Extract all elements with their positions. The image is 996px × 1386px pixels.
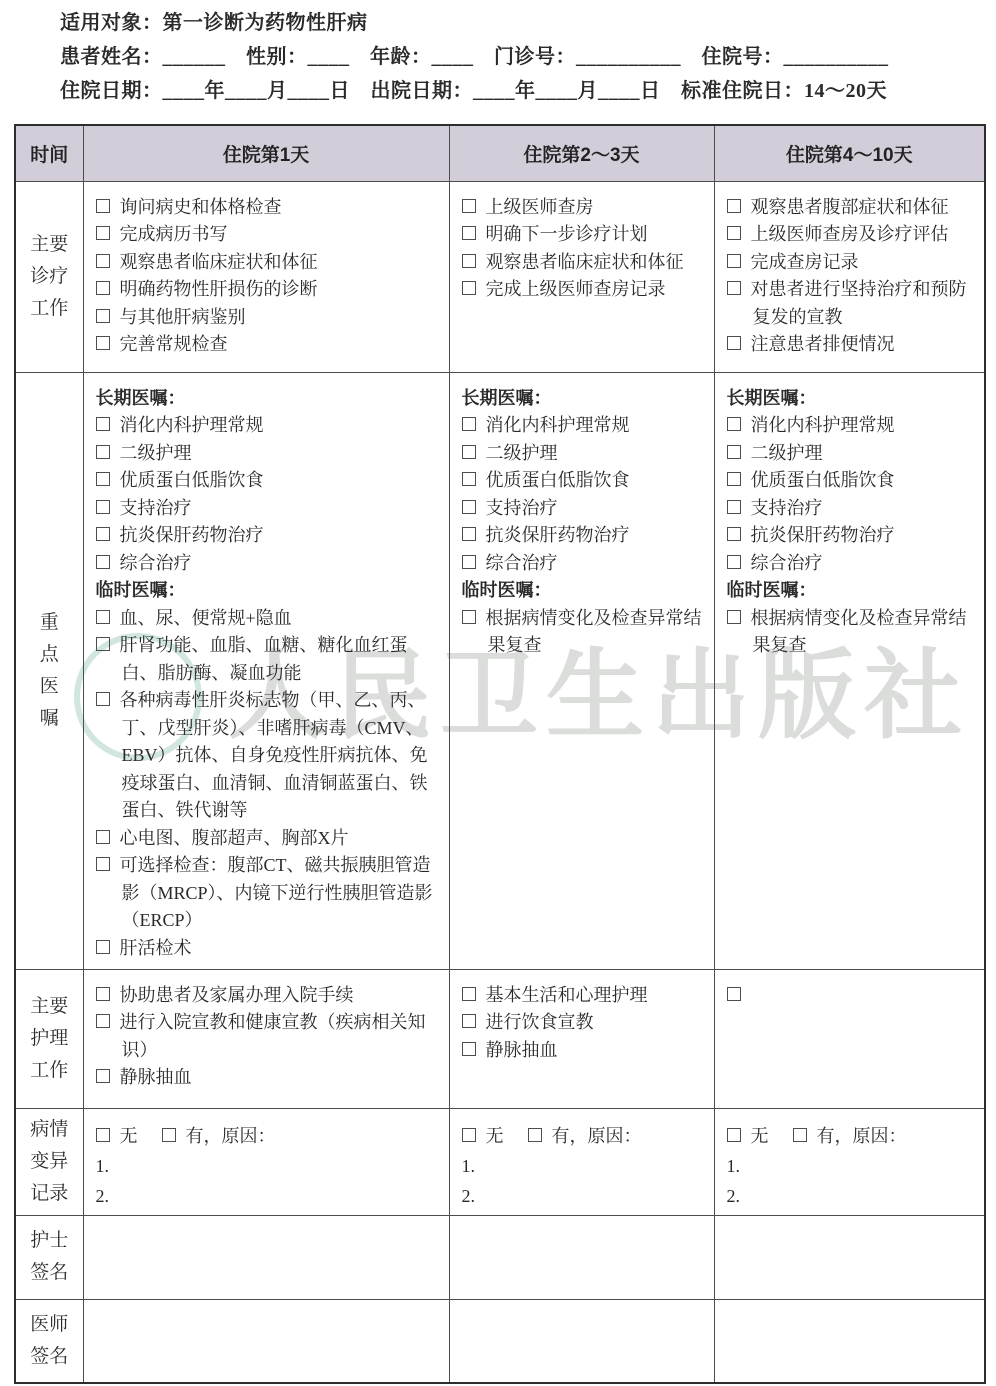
- checkbox-icon[interactable]: [462, 1014, 476, 1028]
- order-heading: 临时医嘱：: [96, 577, 441, 605]
- item-text: 二级护理: [751, 443, 823, 463]
- checkbox-icon[interactable]: [462, 555, 476, 569]
- item-text: 心电图、腹部超声、胸部X片: [120, 828, 349, 848]
- checklist-item: 消化内科护理常规: [727, 412, 977, 440]
- item-text: 协助患者及家属办理入院手续: [120, 985, 354, 1005]
- item-text: 观察患者临床症状和体征: [486, 252, 684, 272]
- table-header-row: 时间 住院第1天 住院第2～3天 住院第4～10天: [15, 125, 985, 181]
- item-text: 综合治疗: [486, 553, 558, 573]
- table-row: 护士签名: [15, 1215, 985, 1299]
- form-scope-line: 适用对象：第一诊断为药物性肝病: [60, 6, 889, 40]
- checkbox-icon[interactable]: [727, 254, 741, 268]
- item-text: 支持治疗: [751, 498, 823, 518]
- checkbox-icon[interactable]: [96, 527, 110, 541]
- row-label-main-treatment: 主要诊疗工作: [15, 181, 83, 372]
- col-header-time: 时间: [15, 125, 83, 181]
- order-heading-text: 临时医嘱：: [462, 580, 552, 600]
- item-text: 消化内科护理常规: [751, 415, 895, 435]
- row-label-physician-signature: 医师签名: [15, 1299, 83, 1383]
- checklist-item: 2.: [727, 1181, 977, 1211]
- item-text: 2.: [462, 1186, 476, 1206]
- checklist: 无有，原因：1.2.: [462, 1121, 706, 1211]
- cell-nurse-signature-col3: [714, 1215, 985, 1299]
- row-label-line: 工作: [20, 293, 79, 325]
- order-heading: 长期医嘱：: [462, 385, 706, 413]
- row-label-nurse-signature: 护士签名: [15, 1215, 83, 1299]
- table-row: 主要诊疗工作询问病史和体格检查完成病历书写观察患者临床症状和体征明确药物性肝损伤…: [15, 181, 985, 372]
- checkbox-icon[interactable]: [462, 472, 476, 486]
- item-text: 与其他肝病鉴别: [120, 307, 246, 327]
- col-header-day1: 住院第1天: [83, 125, 449, 181]
- item-text: 各种病毒性肝炎标志物（甲、乙、丙、丁、戊型肝炎）、非嗜肝病毒（CMV、EBV）抗…: [120, 690, 428, 820]
- checkbox-icon[interactable]: [727, 987, 741, 1001]
- item-text: 消化内科护理常规: [486, 415, 630, 435]
- clinical-pathway-page: 适用对象：第一诊断为药物性肝病 患者姓名：______ 性别：____ 年龄：_…: [0, 0, 996, 1386]
- order-heading: 长期医嘱：: [727, 385, 977, 413]
- checklist-item: 静脉抽血: [462, 1037, 706, 1065]
- item-text: 优质蛋白低脂饮食: [120, 470, 264, 490]
- item-text: 二级护理: [486, 443, 558, 463]
- patient-info-line: 患者姓名：______ 性别：____ 年龄：____ 门诊号：________…: [60, 40, 889, 74]
- checklist-item: 抗炎保肝药物治疗: [96, 522, 441, 550]
- checklist-item: 完善常规检查: [96, 331, 441, 359]
- variation-option: 无: [462, 1126, 504, 1146]
- row-label-line: 主要: [20, 991, 79, 1023]
- item-text: 询问病史和体格检查: [120, 197, 282, 217]
- checklist: 长期医嘱：消化内科护理常规二级护理优质蛋白低脂饮食支持治疗抗炎保肝药物治疗综合治…: [96, 385, 441, 963]
- checkbox-icon[interactable]: [462, 1128, 476, 1142]
- checkbox-icon[interactable]: [462, 199, 476, 213]
- item-text: 优质蛋白低脂饮食: [751, 470, 895, 490]
- checkbox-icon[interactable]: [96, 445, 110, 459]
- item-text: 静脉抽血: [120, 1067, 192, 1087]
- cell-key-orders-col2: 长期医嘱：消化内科护理常规二级护理优质蛋白低脂饮食支持治疗抗炎保肝药物治疗综合治…: [449, 372, 714, 969]
- item-text: 根据病情变化及检查异常结果复查: [486, 608, 702, 656]
- checklist-item: 消化内科护理常规: [462, 412, 706, 440]
- clinical-pathway-table: 时间 住院第1天 住院第2～3天 住院第4～10天 主要诊疗工作询问病史和体格检…: [14, 124, 986, 1384]
- cell-main-treatment-col1: 询问病史和体格检查完成病历书写观察患者临床症状和体征明确药物性肝损伤的诊断与其他…: [83, 181, 449, 372]
- item-text: 支持治疗: [120, 498, 192, 518]
- checkbox-icon[interactable]: [96, 309, 110, 323]
- checklist-item: 综合治疗: [462, 550, 706, 578]
- table-row: 重点医嘱长期医嘱：消化内科护理常规二级护理优质蛋白低脂饮食支持治疗抗炎保肝药物治…: [15, 372, 985, 969]
- item-text: 完善常规检查: [120, 334, 228, 354]
- checkbox-icon[interactable]: [96, 500, 110, 514]
- checkbox-icon[interactable]: [462, 987, 476, 1001]
- checklist-item: 基本生活和心理护理: [462, 982, 706, 1010]
- table-row: 主要护理工作协助患者及家属办理入院手续进行入院宣教和健康宣教（疾病相关知识）静脉…: [15, 969, 985, 1108]
- checklist-item: 进行饮食宣教: [462, 1009, 706, 1037]
- checklist-item: 2.: [96, 1181, 441, 1211]
- item-text: 完成上级医师查房记录: [486, 279, 666, 299]
- cell-nurse-signature-col2: [449, 1215, 714, 1299]
- variation-option-label: 有，原因：: [186, 1126, 276, 1146]
- checkbox-icon[interactable]: [96, 637, 110, 651]
- variation-options-line: 无有，原因：: [96, 1121, 441, 1151]
- order-heading-text: 长期医嘱：: [462, 388, 552, 408]
- item-text: 根据病情变化及检查异常结果复查: [751, 608, 967, 656]
- order-heading: 长期医嘱：: [96, 385, 441, 413]
- checklist-item: 抗炎保肝药物治疗: [727, 522, 977, 550]
- checkbox-icon[interactable]: [96, 940, 110, 954]
- item-text: 注意患者排便情况: [751, 334, 895, 354]
- row-label-line: 记录: [20, 1178, 79, 1210]
- row-label-line: 重: [20, 607, 79, 639]
- item-text: 对患者进行坚持治疗和预防复发的宣教: [751, 279, 967, 327]
- checklist-item: 注意患者排便情况: [727, 331, 977, 359]
- checklist-item: 血、尿、便常规+隐血: [96, 605, 441, 633]
- checklist-item: 支持治疗: [96, 495, 441, 523]
- checkbox-icon[interactable]: [462, 226, 476, 240]
- checklist-item: 支持治疗: [462, 495, 706, 523]
- item-text: 进行饮食宣教: [486, 1012, 594, 1032]
- item-text: 抗炎保肝药物治疗: [486, 525, 630, 545]
- checklist-item: 优质蛋白低脂饮食: [462, 467, 706, 495]
- checkbox-icon[interactable]: [462, 610, 476, 624]
- checklist: 协助患者及家属办理入院手续进行入院宣教和健康宣教（疾病相关知识）静脉抽血: [96, 982, 441, 1092]
- checklist-item: 上级医师查房及诊疗评估: [727, 221, 977, 249]
- checklist-item: 对患者进行坚持治疗和预防复发的宣教: [727, 276, 977, 331]
- item-text: 2.: [96, 1186, 110, 1206]
- item-text: 综合治疗: [120, 553, 192, 573]
- checkbox-icon[interactable]: [462, 500, 476, 514]
- cell-variation-record-col3: 无有，原因：1.2.: [714, 1108, 985, 1215]
- checkbox-icon[interactable]: [96, 336, 110, 350]
- cell-physician-signature-col3: [714, 1299, 985, 1383]
- item-text: 二级护理: [120, 443, 192, 463]
- item-text: 抗炎保肝药物治疗: [751, 525, 895, 545]
- row-label-line: 医: [20, 671, 79, 703]
- checkbox-icon[interactable]: [96, 199, 110, 213]
- checklist: 无有，原因：1.2.: [727, 1121, 977, 1211]
- checklist: 长期医嘱：消化内科护理常规二级护理优质蛋白低脂饮食支持治疗抗炎保肝药物治疗综合治…: [727, 385, 977, 660]
- checklist: 询问病史和体格检查完成病历书写观察患者临床症状和体征明确药物性肝损伤的诊断与其他…: [96, 194, 441, 359]
- checklist-item: 协助患者及家属办理入院手续: [96, 982, 441, 1010]
- row-label-line: 病情: [20, 1114, 79, 1146]
- cell-physician-signature-col2: [449, 1299, 714, 1383]
- row-label-line: 点: [20, 639, 79, 671]
- order-heading-text: 长期医嘱：: [727, 388, 817, 408]
- checkbox-icon[interactable]: [96, 226, 110, 240]
- item-text: 1.: [96, 1156, 110, 1176]
- checklist-item: 1.: [727, 1151, 977, 1181]
- item-text: 基本生活和心理护理: [486, 985, 648, 1005]
- admission-info-line: 住院日期：____年____月____日 出院日期：____年____月____…: [60, 74, 889, 108]
- checklist-item: 与其他肝病鉴别: [96, 304, 441, 332]
- cell-key-orders-col3: 长期医嘱：消化内科护理常规二级护理优质蛋白低脂饮食支持治疗抗炎保肝药物治疗综合治…: [714, 372, 985, 969]
- checklist-item: 肝肾功能、血脂、血糖、糖化血红蛋白、脂肪酶、凝血功能: [96, 632, 441, 687]
- checklist-item: 心电图、腹部超声、胸部X片: [96, 825, 441, 853]
- variation-options-line: 无有，原因：: [727, 1121, 977, 1151]
- order-heading-text: 临时医嘱：: [96, 580, 186, 600]
- row-label-line: 护理: [20, 1023, 79, 1055]
- checklist-item: 完成查房记录: [727, 249, 977, 277]
- cell-physician-signature-col1: [83, 1299, 449, 1383]
- item-text: 观察患者腹部症状和体征: [751, 197, 949, 217]
- row-label-main-nursing: 主要护理工作: [15, 969, 83, 1108]
- row-label-line: 工作: [20, 1055, 79, 1087]
- cell-main-treatment-col3: 观察患者腹部症状和体征上级医师查房及诊疗评估完成查房记录对患者进行坚持治疗和预防…: [714, 181, 985, 372]
- checkbox-icon[interactable]: [96, 555, 110, 569]
- cell-main-nursing-col2: 基本生活和心理护理进行饮食宣教静脉抽血: [449, 969, 714, 1108]
- row-label-line: 签名: [20, 1341, 79, 1373]
- cell-key-orders-col1: 长期医嘱：消化内科护理常规二级护理优质蛋白低脂饮食支持治疗抗炎保肝药物治疗综合治…: [83, 372, 449, 969]
- checklist-item: 抗炎保肝药物治疗: [462, 522, 706, 550]
- checklist: 长期医嘱：消化内科护理常规二级护理优质蛋白低脂饮食支持治疗抗炎保肝药物治疗综合治…: [462, 385, 706, 660]
- checklist-item: 肝活检术: [96, 935, 441, 963]
- checklist-item: 1.: [96, 1151, 441, 1181]
- item-text: 肝肾功能、血脂、血糖、糖化血红蛋白、脂肪酶、凝血功能: [120, 635, 408, 683]
- checkbox-icon[interactable]: [727, 199, 741, 213]
- checklist: 基本生活和心理护理进行饮食宣教静脉抽血: [462, 982, 706, 1065]
- row-label-line: 嘱: [20, 703, 79, 735]
- checkbox-icon[interactable]: [727, 472, 741, 486]
- form-header: 适用对象：第一诊断为药物性肝病 患者姓名：______ 性别：____ 年龄：_…: [60, 6, 889, 108]
- checkbox-icon[interactable]: [727, 336, 741, 350]
- item-text: 综合治疗: [751, 553, 823, 573]
- variation-option: 无: [96, 1126, 138, 1146]
- checkbox-icon[interactable]: [793, 1128, 807, 1142]
- item-text: 完成查房记录: [751, 252, 859, 272]
- row-label-line: 医师: [20, 1309, 79, 1341]
- checkbox-icon[interactable]: [96, 254, 110, 268]
- cell-variation-record-col1: 无有，原因：1.2.: [83, 1108, 449, 1215]
- checkbox-icon[interactable]: [96, 987, 110, 1001]
- checkbox-icon[interactable]: [727, 281, 741, 295]
- checkbox-icon[interactable]: [462, 445, 476, 459]
- row-label-line: 变异: [20, 1146, 79, 1178]
- variation-option: 有，原因：: [528, 1126, 642, 1146]
- item-text: 可选择检查：腹部CT、磁共振胰胆管造影（MRCP）、内镜下逆行性胰胆管造影（ER…: [120, 855, 433, 930]
- checkbox-icon[interactable]: [727, 527, 741, 541]
- checkbox-icon[interactable]: [462, 527, 476, 541]
- col-header-day2-3: 住院第2～3天: [449, 125, 714, 181]
- checklist: 观察患者腹部症状和体征上级医师查房及诊疗评估完成查房记录对患者进行坚持治疗和预防…: [727, 194, 977, 359]
- item-text: 支持治疗: [486, 498, 558, 518]
- item-text: 静脉抽血: [486, 1040, 558, 1060]
- checkbox-icon[interactable]: [462, 254, 476, 268]
- checklist-item: 明确下一步诊疗计划: [462, 221, 706, 249]
- cell-variation-record-col2: 无有，原因：1.2.: [449, 1108, 714, 1215]
- item-text: 肝活检术: [120, 938, 192, 958]
- checklist-item: 上级医师查房: [462, 194, 706, 222]
- row-label-line: 护士: [20, 1225, 79, 1257]
- variation-option-label: 有，原因：: [817, 1126, 907, 1146]
- checkbox-icon[interactable]: [96, 1128, 110, 1142]
- item-text: 血、尿、便常规+隐血: [120, 608, 292, 628]
- checkbox-icon[interactable]: [96, 1014, 110, 1028]
- table-row: 医师签名: [15, 1299, 985, 1383]
- pathway-table-body: 主要诊疗工作询问病史和体格检查完成病历书写观察患者临床症状和体征明确药物性肝损伤…: [15, 181, 985, 1383]
- cell-nurse-signature-col1: [83, 1215, 449, 1299]
- checklist-item: 1.: [462, 1151, 706, 1181]
- checklist-item: 各种病毒性肝炎标志物（甲、乙、丙、丁、戊型肝炎）、非嗜肝病毒（CMV、EBV）抗…: [96, 687, 441, 825]
- checklist-item: [727, 982, 977, 1010]
- variation-option-label: 无: [120, 1126, 138, 1146]
- checkbox-icon[interactable]: [96, 417, 110, 431]
- variation-options-line: 无有，原因：: [462, 1121, 706, 1151]
- checklist-item: 观察患者临床症状和体征: [462, 249, 706, 277]
- checklist-item: 明确药物性肝损伤的诊断: [96, 276, 441, 304]
- checklist-item: 二级护理: [727, 440, 977, 468]
- variation-option: 有，原因：: [793, 1126, 907, 1146]
- order-heading-text: 临时医嘱：: [727, 580, 817, 600]
- checklist-item: 优质蛋白低脂饮食: [727, 467, 977, 495]
- item-text: 抗炎保肝药物治疗: [120, 525, 264, 545]
- checkbox-icon[interactable]: [462, 417, 476, 431]
- checklist-item: 二级护理: [462, 440, 706, 468]
- checklist-item: 优质蛋白低脂饮食: [96, 467, 441, 495]
- col-header-day4-10: 住院第4～10天: [714, 125, 985, 181]
- checklist-item: 消化内科护理常规: [96, 412, 441, 440]
- checkbox-icon[interactable]: [727, 417, 741, 431]
- row-label-variation-record: 病情变异记录: [15, 1108, 83, 1215]
- cell-main-treatment-col2: 上级医师查房明确下一步诊疗计划观察患者临床症状和体征完成上级医师查房记录: [449, 181, 714, 372]
- variation-option-label: 无: [486, 1126, 504, 1146]
- item-text: 明确药物性肝损伤的诊断: [120, 279, 318, 299]
- checklist-item: 完成病历书写: [96, 221, 441, 249]
- checklist-item: 可选择检查：腹部CT、磁共振胰胆管造影（MRCP）、内镜下逆行性胰胆管造影（ER…: [96, 852, 441, 935]
- checklist-item: 观察患者临床症状和体征: [96, 249, 441, 277]
- item-text: 观察患者临床症状和体征: [120, 252, 318, 272]
- order-heading-text: 长期医嘱：: [96, 388, 186, 408]
- row-label-line: 主要: [20, 229, 79, 261]
- cell-main-nursing-col1: 协助患者及家属办理入院手续进行入院宣教和健康宣教（疾病相关知识）静脉抽血: [83, 969, 449, 1108]
- checkbox-icon[interactable]: [96, 610, 110, 624]
- variation-option-label: 有，原因：: [552, 1126, 642, 1146]
- variation-option: 有，原因：: [162, 1126, 276, 1146]
- checkbox-icon[interactable]: [727, 555, 741, 569]
- checkbox-icon[interactable]: [727, 610, 741, 624]
- order-heading: 临时医嘱：: [727, 577, 977, 605]
- item-text: 1.: [727, 1156, 741, 1176]
- checkbox-icon[interactable]: [727, 445, 741, 459]
- variation-option-label: 无: [751, 1126, 769, 1146]
- checklist: [727, 982, 977, 1010]
- row-label-key-orders: 重点医嘱: [15, 372, 83, 969]
- checklist-item: 询问病史和体格检查: [96, 194, 441, 222]
- checklist-item: 完成上级医师查房记录: [462, 276, 706, 304]
- checklist-item: 观察患者腹部症状和体征: [727, 194, 977, 222]
- item-text: 进行入院宣教和健康宣教（疾病相关知识）: [120, 1012, 426, 1060]
- checkbox-icon[interactable]: [96, 472, 110, 486]
- checkbox-icon[interactable]: [727, 226, 741, 240]
- checkbox-icon[interactable]: [528, 1128, 542, 1142]
- checklist-item: 支持治疗: [727, 495, 977, 523]
- row-label-line: 签名: [20, 1257, 79, 1289]
- checklist-item: 根据病情变化及检查异常结果复查: [727, 605, 977, 660]
- row-label-line: 诊疗: [20, 261, 79, 293]
- checklist-item: 综合治疗: [727, 550, 977, 578]
- checkbox-icon[interactable]: [96, 692, 110, 706]
- checklist: 无有，原因：1.2.: [96, 1121, 441, 1211]
- checklist-item: 2.: [462, 1181, 706, 1211]
- checklist-item: 根据病情变化及检查异常结果复查: [462, 605, 706, 660]
- item-text: 1.: [462, 1156, 476, 1176]
- checkbox-icon[interactable]: [96, 857, 110, 871]
- table-row: 病情变异记录无有，原因：1.2.无有，原因：1.2.无有，原因：1.2.: [15, 1108, 985, 1215]
- checkbox-icon[interactable]: [727, 500, 741, 514]
- order-heading: 临时医嘱：: [462, 577, 706, 605]
- checkbox-icon[interactable]: [462, 1042, 476, 1056]
- item-text: 完成病历书写: [120, 224, 228, 244]
- checkbox-icon[interactable]: [162, 1128, 176, 1142]
- checklist-item: 综合治疗: [96, 550, 441, 578]
- checkbox-icon[interactable]: [96, 1069, 110, 1083]
- variation-option: 无: [727, 1126, 769, 1146]
- checklist-item: 静脉抽血: [96, 1064, 441, 1092]
- checkbox-icon[interactable]: [96, 830, 110, 844]
- item-text: 优质蛋白低脂饮食: [486, 470, 630, 490]
- checklist-item: 进行入院宣教和健康宣教（疾病相关知识）: [96, 1009, 441, 1064]
- item-text: 明确下一步诊疗计划: [486, 224, 648, 244]
- item-text: 消化内科护理常规: [120, 415, 264, 435]
- checkbox-icon[interactable]: [462, 281, 476, 295]
- item-text: 上级医师查房: [486, 197, 594, 217]
- checklist-item: 二级护理: [96, 440, 441, 468]
- checkbox-icon[interactable]: [727, 1128, 741, 1142]
- checkbox-icon[interactable]: [96, 281, 110, 295]
- item-text: 2.: [727, 1186, 741, 1206]
- cell-main-nursing-col3: [714, 969, 985, 1108]
- item-text: 上级医师查房及诊疗评估: [751, 224, 949, 244]
- checklist: 上级医师查房明确下一步诊疗计划观察患者临床症状和体征完成上级医师查房记录: [462, 194, 706, 304]
